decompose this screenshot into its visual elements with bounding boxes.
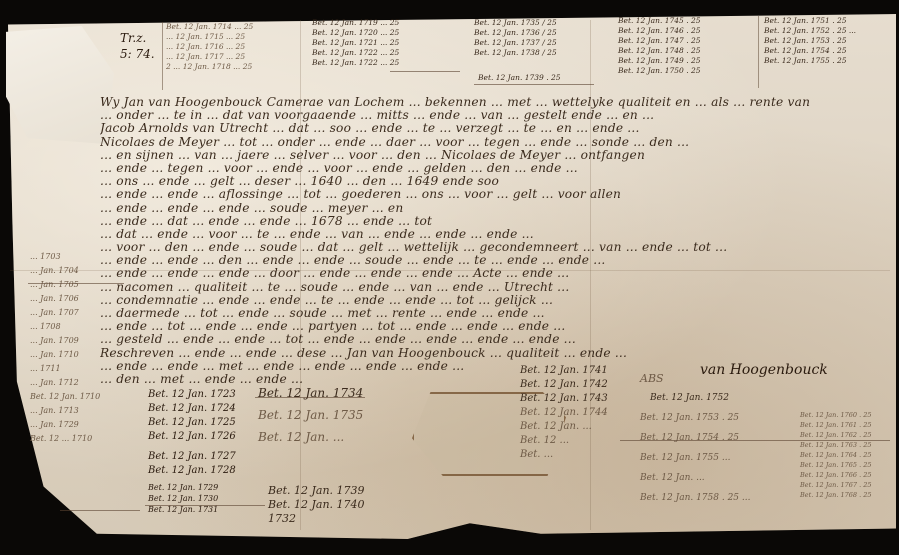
body-line: Nicolaes de Meyer ... tot ... onder ... … (100, 136, 890, 149)
receipt-row: ... Jan. 1710 (30, 348, 100, 362)
receipt-row: Bet. 12 Jan. 1761 . 25 (800, 420, 872, 430)
receipt-row: ... Jan. 1707 (30, 306, 100, 320)
receipt-row: ... Jan. 1705 (30, 278, 100, 292)
receipt-row: Bet. 12 Jan. 1723 (148, 388, 236, 402)
ledger-row: ... 12 Jan. 1716 ... 25 (166, 42, 253, 52)
note-line: 5: 74. (120, 46, 155, 62)
body-line: ... ende ... tegen ... voor ... ende ...… (100, 162, 890, 175)
receipt-row: 1732 (268, 512, 365, 526)
ledger-row: Bet. 12 Jan. 1737 / 25 (474, 38, 557, 48)
ledger-row: Bet. 12 Jan. 1750 . 25 (618, 66, 701, 76)
body-line: ... daermede ... tot ... ende ... soude … (100, 307, 890, 320)
ledger-row: Bet. 12 Jan. 1721 ... 25 (312, 38, 399, 48)
body-line: ... ende ... dat ... ende ... ende ... 1… (100, 215, 890, 228)
receipt-row: Bet. 12 Jan. 1767 . 25 (800, 480, 872, 490)
receipt-row: Bet. 12 Jan. 1752 (640, 388, 750, 408)
ledger-row: ... 12 Jan. 1715 ... 25 (166, 32, 253, 42)
receipt-row: Bet. 12 Jan. 1758 . 25 ... (640, 488, 750, 508)
top-ledger-3: Bet. 12 Jan. 1735 / 25 Bet. 12 Jan. 1736… (474, 18, 557, 58)
margin-rule (60, 510, 140, 511)
ledger-rule (474, 84, 594, 85)
top-ledger-4: Bet. 12 Jan. 1745 . 25 Bet. 12 Jan. 1746… (618, 16, 701, 76)
receipt-row: Bet. 12 Jan. 1762 . 25 (800, 430, 872, 440)
ledger-row: Bet. 12 Jan. 1747 . 25 (618, 36, 701, 46)
ledger-rule (390, 71, 460, 72)
receipt-row: ... Jan. 1704 (30, 264, 100, 278)
receipts-column-1: Bet. 12 Jan. 1723 Bet. 12 Jan. 1724 Bet.… (148, 388, 236, 515)
body-line: ... condemnatie ... ende ... ende ... te… (100, 294, 890, 307)
receipt-row: Bet. 12 Jan. 1755 ... (640, 448, 750, 468)
ledger-row: Bet. 12 Jan. 1755 . 25 (764, 56, 856, 66)
body-line: ... onder ... te in ... dat van voorgaae… (100, 109, 890, 122)
ledger-row: Bet. 12 Jan. 1746 . 25 (618, 26, 701, 36)
body-line: ... ons ... ende ... gelt ... deser ... … (100, 175, 890, 188)
receipt-row: Bet. 12 Jan. 1728 (148, 464, 236, 478)
receipt-row: Bet. 12 Jan. 1739 (268, 484, 365, 498)
receipts-column-3: Bet. 12 Jan. 1741 Bet. 12 Jan. 1742 Bet.… (520, 364, 608, 462)
receipt-row: Bet. 12 Jan. 1763 . 25 (800, 440, 872, 450)
receipt-row: Bet. 12 Jan. 1744 (520, 406, 608, 420)
ledger-divider (162, 22, 163, 90)
receipt-row: Bet. 12 Jan. 1741 (520, 364, 608, 378)
ledger-row: 2 ... 12 Jan. 1718 ... 25 (166, 62, 253, 72)
receipt-row: Bet. 12 Jan. 1730 (148, 493, 236, 504)
top-ledger-2: Bet. 12 Jan. 1719 ... 25 Bet. 12 Jan. 17… (312, 18, 399, 68)
receipt-row: ... Jan. 1713 (30, 404, 100, 418)
note-line: Tr.z. (120, 30, 155, 46)
ledger-row: ... 12 Jan. 1717 ... 25 (166, 52, 253, 62)
receipt-row: Bet. 12 Jan. 1724 (148, 402, 236, 416)
body-line: ... ende ... tot ... ende ... ende ... p… (100, 320, 890, 333)
receipt-row: ... Jan. 1709 (30, 334, 100, 348)
receipt-row: Bet. 12 Jan. 1727 (148, 450, 236, 464)
receipt-row: Bet. 12 Jan. 1710 (30, 390, 100, 404)
receipt-row: Bet. 12 Jan. 1765 . 25 (800, 460, 872, 470)
body-line: Wy Jan van Hoogenbouck Camerae van Loche… (100, 96, 890, 109)
receipt-row: Bet. 12 Jan. 1753 . 25 (640, 408, 750, 428)
receipts-column-5: Bet. 12 Jan. 1760 . 25 Bet. 12 Jan. 1761… (800, 410, 872, 500)
signature: van Hoogenbouck (700, 362, 828, 378)
receipt-row: Bet. ... (520, 448, 608, 462)
receipt-row: ... 1711 (30, 362, 100, 376)
receipt-row: ... 1708 (30, 320, 100, 334)
margin-rule (28, 283, 124, 284)
top-ledger-3-total: Bet. 12 Jan. 1739 . 25 (478, 73, 561, 83)
ledger-row: Bet. 12 Jan. 1719 ... 25 (312, 18, 399, 28)
body-line: ... nacomen ... qualiteit ... te ... sou… (100, 281, 890, 294)
receipt-row: ... Jan. 1706 (30, 292, 100, 306)
receipt-row: Bet. 12 Jan. 1740 (268, 498, 365, 512)
top-ledger-1: Bet. 12 Jan. 1714 ... 25 ... 12 Jan. 171… (166, 22, 253, 72)
ledger-divider (758, 16, 759, 88)
ledger-row: Bet. 12 Jan. 1720 ... 25 (312, 28, 399, 38)
body-line: ... ende ... ende ... ende ... soude ...… (100, 202, 890, 215)
ledger-row: Bet. 12 Jan. 1736 / 25 (474, 28, 557, 38)
ledger-row: Bet. 12 Jan. 1753 . 25 (764, 36, 856, 46)
receipt-row: Bet. 12 Jan. ... (520, 420, 608, 434)
receipt-row: ... 1703 (30, 250, 100, 264)
ledger-row: Bet. 12 Jan. 1722 ... 25 (312, 48, 399, 58)
receipts-column-4: Bet. 12 Jan. 1752 Bet. 12 Jan. 1753 . 25… (640, 388, 750, 508)
body-line: ... ende ... ende ... aflossinge ... tot… (100, 188, 890, 201)
receipt-row: Bet. 12 Jan. 1766 . 25 (800, 470, 872, 480)
top-left-note: Tr.z. 5: 74. (120, 30, 155, 62)
receipt-row: Bet. 12 Jan. 1768 . 25 (800, 490, 872, 500)
ledger-row: Bet. 12 Jan. 1749 . 25 (618, 56, 701, 66)
receipt-row: ... Jan. 1729 (30, 418, 100, 432)
receipt-row: Bet. 12 Jan. 1734 (258, 382, 363, 404)
receipt-row: Bet. 12 Jan. 1735 (258, 404, 363, 426)
ledger-row: Bet. 12 Jan. 1745 . 25 (618, 16, 701, 26)
body-line: ... gesteld ... ende ... ende ... tot ..… (100, 333, 890, 346)
body-line: ... ende ... ende ... den ... ende ... e… (100, 254, 890, 267)
body-line: Reschreven ... ende ... ende ... dese ..… (100, 347, 890, 360)
receipt-row: Bet. 12 Jan. 1760 . 25 (800, 410, 872, 420)
receipt-row: Bet. 12 ... (520, 434, 608, 448)
receipt-row: Bet. 12 Jan. 1725 (148, 416, 236, 430)
receipts-column-2: Bet. 12 Jan. 1734 Bet. 12 Jan. 1735 Bet.… (258, 382, 363, 448)
receipt-row: Bet. 12 ... 1710 (30, 432, 100, 446)
signature-prefix: ABS (640, 372, 664, 385)
ledger-row: Bet. 12 Jan. 1735 / 25 (474, 18, 557, 28)
receipt-rule (255, 397, 365, 398)
receipt-row: Bet. 12 Jan. ... (258, 426, 363, 448)
ledger-row: Bet. 12 Jan. 1722 ... 25 (312, 58, 399, 68)
ledger-row: Bet. 12 Jan. 1714 ... 25 (166, 22, 253, 32)
top-ledger-5: Bet. 12 Jan. 1751 . 25 Bet. 12 Jan. 1752… (764, 16, 856, 66)
receipt-row: Bet. 12 Jan. 1742 (520, 378, 608, 392)
ledger-row: Bet. 12 Jan. 1751 . 25 (764, 16, 856, 26)
receipt-row: Bet. 12 Jan. ... (640, 468, 750, 488)
body-line: ... en sijnen ... van ... jaere ... selv… (100, 149, 890, 162)
ledger-row: Bet. 12 Jan. 1754 . 25 (764, 46, 856, 56)
receipts-column-2-lower: Bet. 12 Jan. 1739 Bet. 12 Jan. 1740 1732 (268, 484, 365, 526)
body-line: ... dat ... ende ... voor ... te ... end… (100, 228, 890, 241)
receipt-row: Bet. 12 Jan. 1743 (520, 392, 608, 406)
left-margin-receipts: ... 1703 ... Jan. 1704 ... Jan. 1705 ...… (30, 250, 100, 446)
ledger-row: Bet. 12 Jan. 1752 . 25 ... (764, 26, 856, 36)
receipt-row: Bet. 12 Jan. 1729 (148, 482, 236, 493)
receipt-row: Bet. 12 Jan. 1754 . 25 (640, 428, 750, 448)
ledger-row: Bet. 12 Jan. 1748 . 25 (618, 46, 701, 56)
receipt-row: Bet. 12 Jan. 1726 (148, 430, 236, 444)
body-line: Jacob Arnolds van Utrecht ... dat ... so… (100, 122, 890, 135)
body-line: ... ende ... ende ... ende ... door ... … (100, 267, 890, 280)
body-line: ... voor ... den ... ende ... soude ... … (100, 241, 890, 254)
ledger-row: Bet. 12 Jan. 1738 / 25 (474, 48, 557, 58)
receipt-rule (145, 505, 265, 506)
receipt-row: Bet. 12 Jan. 1764 . 25 (800, 450, 872, 460)
receipt-row: ... Jan. 1712 (30, 376, 100, 390)
deed-body-text: Wy Jan van Hoogenbouck Camerae van Loche… (100, 96, 890, 386)
